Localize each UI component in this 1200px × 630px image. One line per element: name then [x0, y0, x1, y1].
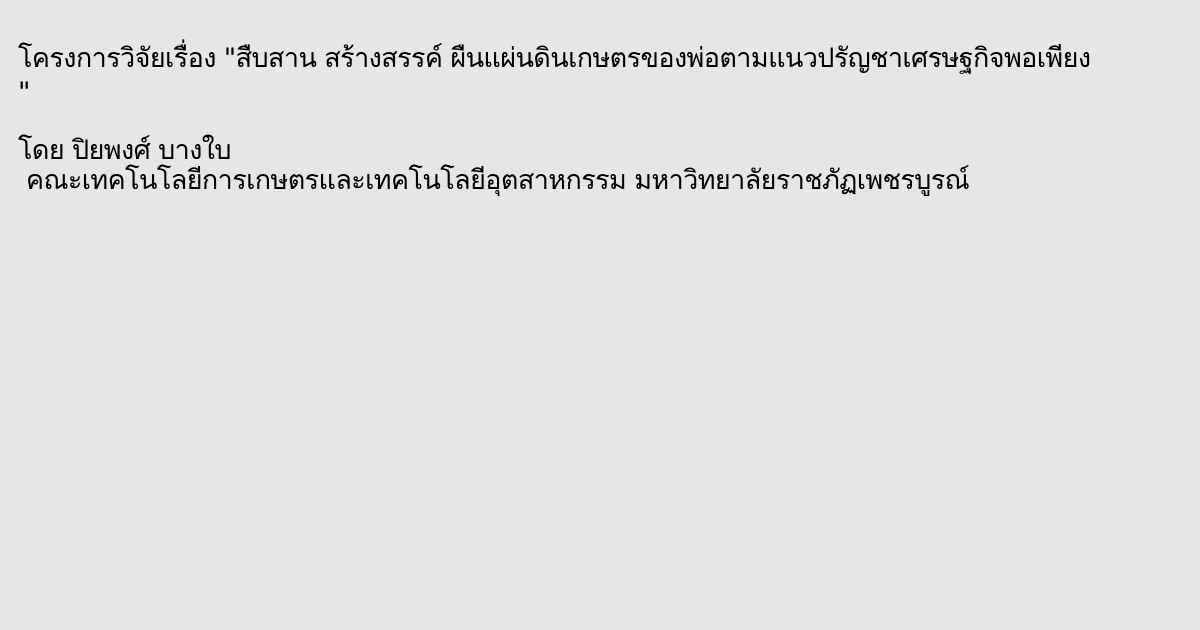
author-line: โดย ปิยพงศ์ บางใบ [18, 134, 231, 168]
document-page: โครงการวิจัยเรื่อง "สืบสาน สร้างสรรค์ ผื… [0, 0, 1200, 630]
document-title: โครงการวิจัยเรื่อง "สืบสาน สร้างสรรค์ ผื… [18, 42, 1193, 110]
title-line-2: " [18, 76, 1193, 110]
title-line-1: โครงการวิจัยเรื่อง "สืบสาน สร้างสรรค์ ผื… [18, 43, 1090, 74]
affiliation-line: คณะเทคโนโลยีการเกษตรและเทคโนโลยีอุตสาหกร… [18, 164, 969, 198]
